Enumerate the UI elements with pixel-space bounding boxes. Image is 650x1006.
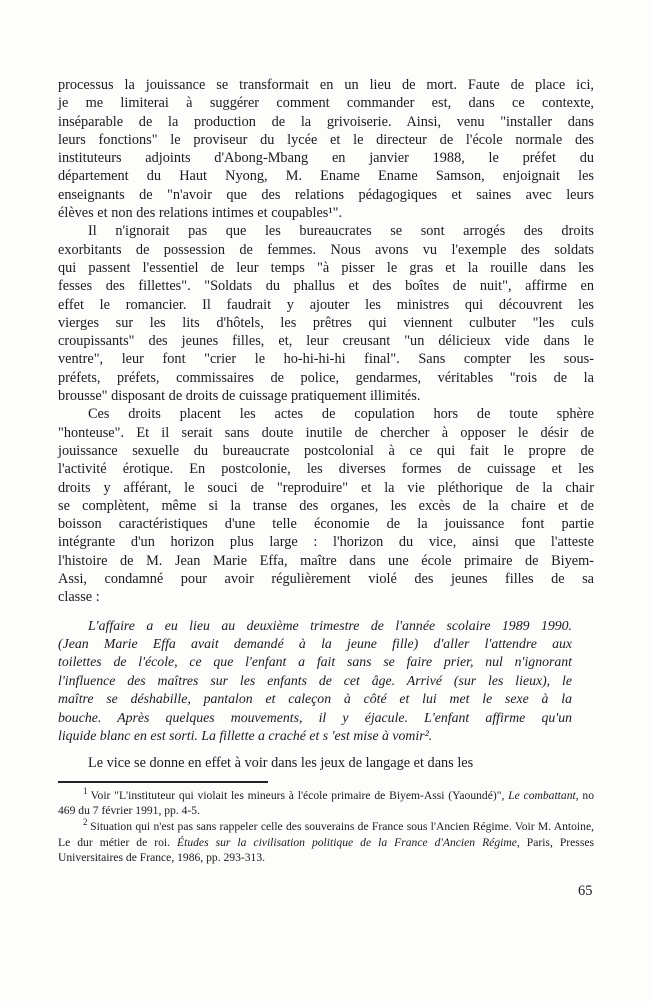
text-line: brousse" disposant de droits de cuissage… bbox=[58, 387, 594, 405]
text-line: département du Haut Nyong, M. Ename Enam… bbox=[58, 167, 594, 185]
text-line: classe : bbox=[58, 588, 594, 606]
footnote-text: Études sur la civilisation politique de … bbox=[177, 836, 517, 849]
text-line: Il n'ignorait pas que les bureaucrates s… bbox=[58, 222, 594, 240]
footnotes-section: 1 Voir "L'instituteur qui violait les mi… bbox=[58, 788, 594, 866]
text-line: toilettes de l'école, ce que l'enfant a … bbox=[58, 653, 572, 671]
body-paragraphs: processus la jouissance se transformait … bbox=[58, 76, 594, 773]
text-line: qui passent l'essentiel de leur temps "à… bbox=[58, 259, 594, 277]
text-line: croupissants" des jeunes filles, et, leu… bbox=[58, 332, 594, 350]
text-line: l'influence des maîtres sur les enfants … bbox=[58, 672, 572, 690]
text-line: enseignants de "n'avoir que des relation… bbox=[58, 186, 594, 204]
text-line: vierges sur les lits d'hôtels, les prêtr… bbox=[58, 314, 594, 332]
text-line: (Jean Marie Effa avait demandé à la jeun… bbox=[58, 635, 572, 653]
paragraph: processus la jouissance se transformait … bbox=[58, 76, 594, 222]
footnote-separator bbox=[58, 781, 268, 783]
footnote: 1 Voir "L'instituteur qui violait les mi… bbox=[58, 788, 594, 819]
page-number: 65 bbox=[578, 883, 593, 900]
text-line: jouissance sexuelle du bureaucrate postc… bbox=[58, 442, 594, 460]
block-quote: L'affaire a eu lieu au deuxième trimestr… bbox=[58, 617, 594, 746]
text-line: je me limiterai à suggérer comment comma… bbox=[58, 94, 594, 112]
text-line: l'activité érotique. En postcolonie, les… bbox=[58, 460, 594, 478]
footnote-marker: 1 bbox=[83, 786, 91, 796]
block-quote: Le vice se donne en effet à voir dans le… bbox=[58, 754, 594, 772]
text-line: maître se déshabille, pantalon et caleço… bbox=[58, 690, 572, 708]
text-line: L'affaire a eu lieu au deuxième trimestr… bbox=[58, 617, 572, 635]
text-line: droits y afférant, le souci de "reprodui… bbox=[58, 479, 594, 497]
text-column: processus la jouissance se transformait … bbox=[58, 76, 594, 866]
text-line: exorbitants de possession de femmes. Nou… bbox=[58, 241, 594, 259]
text-line: préfets, préfets, commissaires de police… bbox=[58, 369, 594, 387]
text-line: "honteuse". Et il serait sans doute inut… bbox=[58, 424, 594, 442]
footnote-text: Voir "L'instituteur qui violait les mine… bbox=[91, 789, 509, 802]
text-line: Ces droits placent les actes de copulati… bbox=[58, 405, 594, 423]
text-line: élèves et non des relations intimes et c… bbox=[58, 204, 594, 222]
footnote: 2 Situation qui n'est pas sans rappeler … bbox=[58, 819, 594, 866]
text-line: liquide blanc en est sorti. La fillette … bbox=[58, 727, 572, 745]
text-line: Assi, condamné pour avoir régulièrement … bbox=[58, 570, 594, 588]
text-line: se complètent, même si la transe des org… bbox=[58, 497, 594, 515]
paragraph: Ces droits placent les actes de copulati… bbox=[58, 405, 594, 606]
paragraph: Il n'ignorait pas que les bureaucrates s… bbox=[58, 222, 594, 405]
footnote-text: Le combattant bbox=[508, 789, 576, 802]
text-line: boisson caractéristiques d'une telle éco… bbox=[58, 515, 594, 533]
text-line: fesses des fillettes". "Soldats du phall… bbox=[58, 277, 594, 295]
text-line: Le vice se donne en effet à voir dans le… bbox=[58, 754, 594, 772]
text-line: instituteurs adjoints d'Abong-Mbang en j… bbox=[58, 149, 594, 167]
text-line: l'histoire de M. Jean Marie Effa, maître… bbox=[58, 552, 594, 570]
text-line: inséparable de la production de la grivo… bbox=[58, 113, 594, 131]
text-line: leurs fonctions" le proviseur du lycée e… bbox=[58, 131, 594, 149]
text-line: effet le romancier. Il faudrait y ajoute… bbox=[58, 296, 594, 314]
book-page: processus la jouissance se transformait … bbox=[0, 0, 650, 1006]
text-line: intégrante d'un horizon plus large : l'h… bbox=[58, 533, 594, 551]
text-line: processus la jouissance se transformait … bbox=[58, 76, 594, 94]
text-line: bouche. Après quelques mouvements, il y … bbox=[58, 709, 572, 727]
text-line: ventre", leur font "crier le ho-hi-hi-hi… bbox=[58, 350, 594, 368]
